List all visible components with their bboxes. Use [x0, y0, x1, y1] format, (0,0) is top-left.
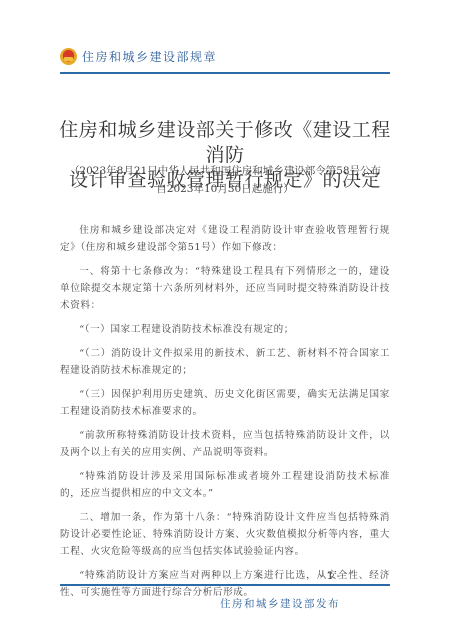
paragraph: 住房和城乡建设部决定对《建设工程消防设计审查验收管理暂行规定》（住房和城乡建设部…	[60, 222, 390, 256]
document-subtitle: （2023年8月21日中华人民共和国住房和城乡建设部令第58号公布 自2023年…	[50, 162, 400, 198]
subtitle-line-2: 自2023年10月30日起施行）	[50, 180, 400, 198]
paragraph: “（二）消防设计文件拟采用的新技术、新工艺、新材料不符合国家工程建设消防技术标准…	[60, 345, 390, 379]
national-emblem-icon	[60, 48, 77, 65]
header-divider	[60, 72, 390, 74]
document-body: 住房和城乡建设部决定对《建设工程消防设计审查验收管理暂行规定》（住房和城乡建设部…	[60, 222, 390, 608]
paragraph: “（三）因保护利用历史建筑、历史文化街区需要，确实无法满足国家工程建设消防技术标…	[60, 386, 390, 420]
paragraph: 二、增加一条，作为第十八条：“特殊消防设计文件应当包括特殊消防设计必要性论证、特…	[60, 509, 390, 560]
page-header: 住房和城乡建设部规章	[60, 48, 217, 65]
paragraph: “（一）国家工程建设消防技术标准没有规定的；	[60, 321, 390, 338]
paragraph: “特殊消防设计涉及采用国际标准或者境外工程建设消防技术标准的，还应当提供相应的中…	[60, 468, 390, 502]
header-title: 住房和城乡建设部规章	[82, 48, 217, 65]
paragraph: “前款所称特殊消防设计技术资料，应当包括特殊消防设计文件，以及两个以上有关的应用…	[60, 427, 390, 461]
subtitle-line-1: （2023年8月21日中华人民共和国住房和城乡建设部令第58号公布	[50, 162, 400, 180]
paragraph: 一、将第十七条修改为：“特殊建设工程具有下列情形之一的，建设单位除提交本规定第十…	[60, 263, 390, 314]
footer-publisher: 住房和城乡建设部发布	[220, 596, 340, 611]
footer-divider	[60, 584, 390, 586]
page-number: - 1 -	[321, 571, 340, 582]
title-line-1: 住房和城乡建设部关于修改《建设工程消防	[50, 118, 400, 168]
